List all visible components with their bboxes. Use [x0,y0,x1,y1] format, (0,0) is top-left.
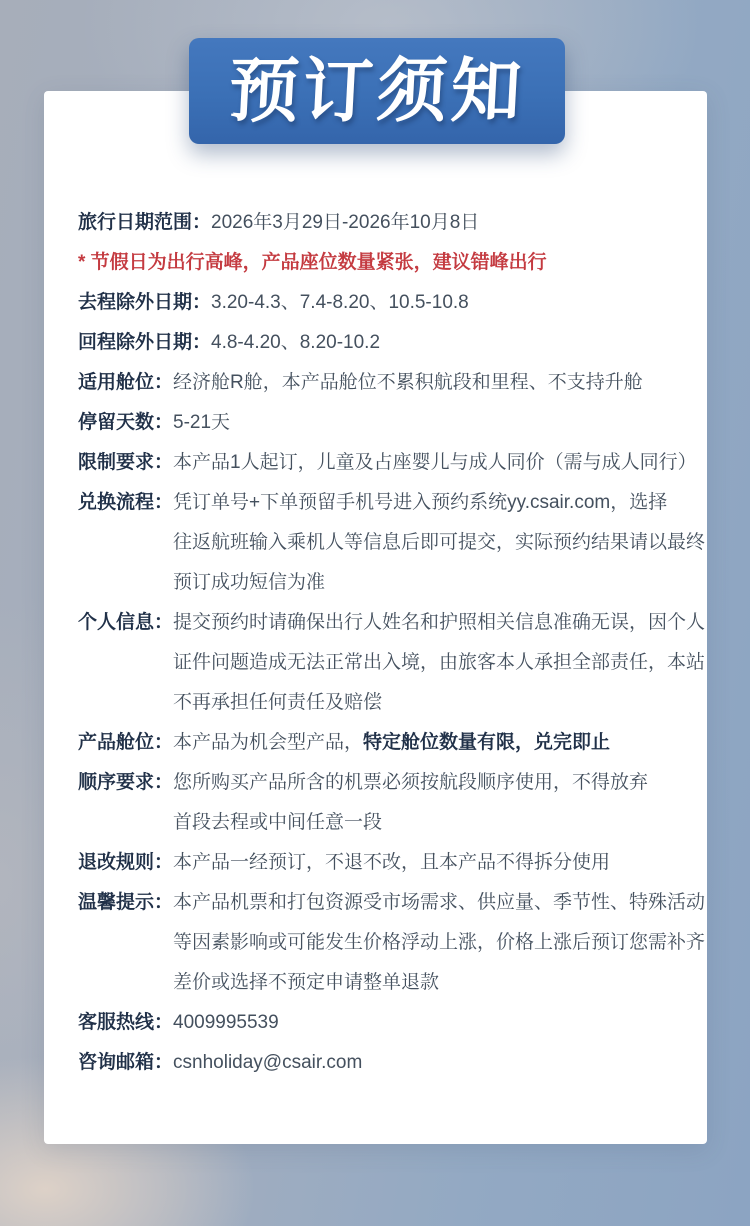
row-value: 本产品一经预订，不退不改，且本产品不得拆分使用 [173,843,610,883]
row-line-bold: 特定舱位数量有限，兑完即止 [363,732,610,753]
row-value: 本产品为机会型产品，特定舱位数量有限，兑完即止 [173,723,610,763]
row-line: 等因素影响或可能发生价格浮动上涨，价格上涨后预订您需补齐 [173,923,695,963]
entry-outbound-excluded-dates: 去程除外日期： 3.20-4.3、7.4-8.20、10.5-10.8 [78,283,695,323]
row-line: 提交预约时请确保出行人姓名和护照相关信息准确无误，因个人 [173,603,695,643]
row-label: 旅行日期范围： [78,203,211,243]
row-value: 4009995539 [173,1003,279,1043]
row-line: 本产品一经预订，不退不改，且本产品不得拆分使用 [173,843,610,883]
entry-booking-restrictions: 限制要求： 本产品1人起订，儿童及占座婴儿与成人同价（需与成人同行） [78,443,695,483]
row-line: 5-21天 [173,403,230,443]
row-label: 咨询邮箱： [78,1043,173,1083]
entry-product-cabin: 产品舱位： 本产品为机会型产品，特定舱位数量有限，兑完即止 [78,723,695,763]
booking-notice-banner: 预订须知 [189,38,565,144]
entry-stay-duration: 停留天数： 5-21天 [78,403,695,443]
row-label: 产品舱位： [78,723,173,763]
row-label: 退改规则： [78,843,173,883]
banner-title: 预订须知 [227,56,527,126]
notice-content: 旅行日期范围： 2026年3月29日-2026年10月8日 * 节假日为出行高峰… [78,203,695,1083]
row-line: 3.20-4.3、7.4-8.20、10.5-10.8 [211,283,469,323]
row-value: 4.8-4.20、8.20-10.2 [211,323,380,363]
row-value: 凭订单号+下单预留手机号进入预约系统yy.csair.com，选择 往返航班输入… [173,483,695,603]
entry-contact-email: 咨询邮箱： csnholiday@csair.com [78,1043,695,1083]
row-line: 凭订单号+下单预留手机号进入预约系统yy.csair.com，选择 [173,483,695,523]
row-line: 本产品机票和打包资源受市场需求、供应量、季节性、特殊活动 [173,883,695,923]
contact-email-address: csnholiday@csair.com [173,1043,362,1083]
row-label: 兑换流程： [78,483,173,523]
row-line-normal: 本产品为机会型产品， [173,732,363,753]
entry-cabin-class: 适用舱位： 经济舱R舱，本产品舱位不累积航段和里程、不支持升舱 [78,363,695,403]
row-value: 提交预约时请确保出行人姓名和护照相关信息准确无误，因个人 证件问题造成无法正常出… [173,603,695,723]
hotline-number: 4009995539 [173,1003,279,1043]
row-line: 首段去程或中间任意一段 [173,803,648,843]
row-line: 预订成功短信为准 [173,563,695,603]
entry-redemption-process: 兑换流程： 凭订单号+下单预留手机号进入预约系统yy.csair.com，选择 … [78,483,695,603]
row-line: 4.8-4.20、8.20-10.2 [211,323,380,363]
row-label: 顺序要求： [78,763,173,803]
row-value: 本产品1人起订，儿童及占座婴儿与成人同价（需与成人同行） [173,443,695,483]
row-value: 经济舱R舱，本产品舱位不累积航段和里程、不支持升舱 [173,363,643,403]
row-value: csnholiday@csair.com [173,1043,362,1083]
row-line: 2026年3月29日-2026年10月8日 [211,203,479,243]
row-label: 温馨提示： [78,883,173,923]
row-line: 经济舱R舱，本产品舱位不累积航段和里程、不支持升舱 [173,363,643,403]
row-value: 3.20-4.3、7.4-8.20、10.5-10.8 [211,283,469,323]
row-line: 本产品1人起订，儿童及占座婴儿与成人同价（需与成人同行） [173,443,695,483]
entry-sequence-requirement: 顺序要求： 您所购买产品所含的机票必须按航段顺序使用，不得放弃 首段去程或中间任… [78,763,695,843]
row-value: 本产品机票和打包资源受市场需求、供应量、季节性、特殊活动 等因素影响或可能发生价… [173,883,695,1003]
row-line: 您所购买产品所含的机票必须按航段顺序使用，不得放弃 [173,763,648,803]
row-label: 个人信息： [78,603,173,643]
row-value: 2026年3月29日-2026年10月8日 [211,203,479,243]
row-label: 回程除外日期： [78,323,211,363]
entry-personal-info: 个人信息： 提交预约时请确保出行人姓名和护照相关信息准确无误，因个人 证件问题造… [78,603,695,723]
notice-card: 旅行日期范围： 2026年3月29日-2026年10月8日 * 节假日为出行高峰… [44,91,707,1144]
row-line: 本产品为机会型产品，特定舱位数量有限，兑完即止 [173,723,610,763]
row-label: 客服热线： [78,1003,173,1043]
row-label: 适用舱位： [78,363,173,403]
row-line: 差价或选择不预定申请整单退款 [173,963,695,1003]
row-value: 5-21天 [173,403,230,443]
entry-refund-policy: 退改规则： 本产品一经预订，不退不改，且本产品不得拆分使用 [78,843,695,883]
holiday-peak-note: * 节假日为出行高峰，产品座位数量紧张，建议错峰出行 [78,243,695,283]
entry-travel-date-range: 旅行日期范围： 2026年3月29日-2026年10月8日 [78,203,695,243]
row-label: 限制要求： [78,443,173,483]
row-line: 证件问题造成无法正常出入境，由旅客本人承担全部责任，本站 [173,643,695,683]
entry-friendly-reminder: 温馨提示： 本产品机票和打包资源受市场需求、供应量、季节性、特殊活动 等因素影响… [78,883,695,1003]
row-label: 停留天数： [78,403,173,443]
row-value: 您所购买产品所含的机票必须按航段顺序使用，不得放弃 首段去程或中间任意一段 [173,763,648,843]
entry-return-excluded-dates: 回程除外日期： 4.8-4.20、8.20-10.2 [78,323,695,363]
row-line: 不再承担任何责任及赔偿 [173,683,695,723]
entry-service-hotline: 客服热线： 4009995539 [78,1003,695,1043]
row-label: 去程除外日期： [78,283,211,323]
row-line: 往返航班输入乘机人等信息后即可提交，实际预约结果请以最终 [173,523,695,563]
